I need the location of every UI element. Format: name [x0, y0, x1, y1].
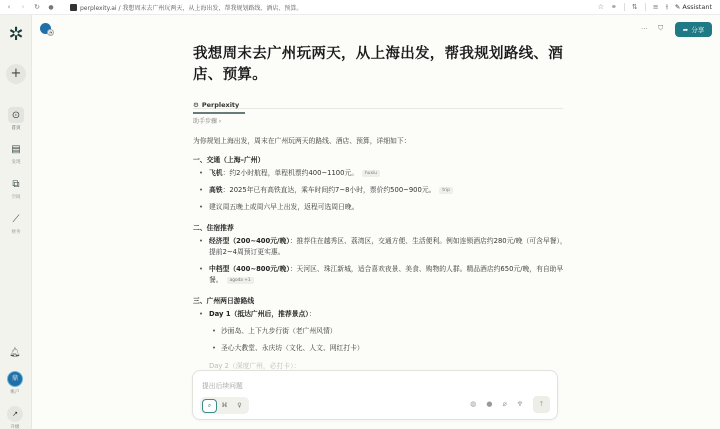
source-badge[interactable]: huxiu	[362, 170, 380, 177]
sidebar-item-home[interactable]: ⊙ 首页	[2, 107, 30, 131]
list-item: 经济型（200~400元/晚）：推荐住在越秀区、荔湾区，交通方便、生活便利。例如…	[193, 236, 573, 258]
privacy-badge-icon: ◔	[47, 29, 54, 36]
star-icon[interactable]: ☆	[598, 3, 604, 11]
list-item: 沙面岛、上下九步行街（老广州风情）	[193, 326, 573, 337]
mode-selector: ⌕ ⌘ ♀	[200, 397, 249, 414]
model-icon[interactable]: ●	[486, 400, 492, 408]
follow-up-composer[interactable]: 提出后续问题 ⌕ ⌘ ♀ ◍ ● ⌀ ♆ ↑	[192, 370, 558, 420]
bookmark-icon[interactable]: ⛉	[658, 24, 663, 33]
page-title: 我想周末去广州玩两天，从上海出发，帮我规划路线、酒店、预算。	[193, 44, 573, 86]
section-heading: 三、广州两日游路线	[193, 295, 573, 305]
account-label: 帐户	[0, 389, 30, 395]
perplexity-tab-icon: ⚙	[193, 101, 199, 109]
list-item: 飞机：约2小时航程，单程机票约400~1100元。huxiu	[193, 168, 573, 179]
thread-content: 我想周末去广州玩两天，从上海出发，帮我规划路线、酒店、预算。 ⚙ Perplex…	[193, 44, 573, 370]
sidebar: ✲ + ⊙ 首页 ▤ 发现 ⧉ 空间 ⟋ 财务 🔔︎ 鼎 帐户 ↗ 升级	[0, 15, 32, 429]
tab-label: Perplexity	[202, 101, 239, 109]
perplexity-logo-icon[interactable]: ✲	[6, 25, 26, 45]
sidebar-item-discover[interactable]: ▤ 发现	[2, 141, 30, 165]
hotel-list: 经济型（200~400元/晚）：推荐住在越秀区、荔湾区，交通方便、生活便利。例如…	[193, 236, 573, 286]
site-favicon-icon	[70, 4, 77, 11]
tab-perplexity[interactable]: ⚙ Perplexity	[193, 98, 245, 114]
extension-icon[interactable]: ⚭	[611, 3, 617, 11]
list-item: Day 1（抵达广州后，推荐景点）：	[193, 309, 573, 320]
back-icon[interactable]: ‹	[4, 3, 14, 11]
list-item: 中档型（400~800元/晚）：天河区、珠江新城，适合喜欢夜景、美食、购物的人群…	[193, 264, 573, 286]
send-button[interactable]: ↑	[533, 396, 550, 413]
share-label: 分享	[691, 25, 704, 34]
day1-sublist: 沙面岛、上下九步行街（老广州风情） 圣心大教堂、永庆坊（文化、人文、网红打卡）	[193, 326, 573, 354]
sidebar-item-label: 财务	[2, 229, 30, 235]
address-bar[interactable]: perplexity.ai / 我想周末去广州玩两天，从上海出发，帮我规划路线、…	[80, 3, 302, 12]
composer-tools: ◍ ● ⌀ ♆	[470, 400, 523, 408]
split-icon[interactable]: ⫲	[666, 3, 668, 12]
source-badge[interactable]: trip	[439, 187, 452, 194]
translate-icon[interactable]: ⇅	[632, 3, 638, 11]
sidebar-item-spaces[interactable]: ⧉ 空间	[2, 176, 30, 200]
divider	[624, 3, 625, 11]
finance-icon: ⟋	[8, 211, 24, 227]
itinerary-list: Day 1（抵达广州后，推荐景点）：	[193, 309, 573, 320]
list-item: 圣心大教堂、永庆坊（文化、人文、网红打卡）	[193, 343, 573, 354]
assistant-button[interactable]: ✎ Assistant	[675, 3, 712, 11]
research-mode-icon[interactable]: ⌘	[217, 399, 232, 413]
forward-icon[interactable]: ›	[18, 3, 28, 11]
sidebar-item-label: 空间	[2, 194, 30, 200]
answer-intro: 为你规划上海出发，周末在广州玩两天的路线、酒店、预算，详细如下：	[193, 135, 573, 145]
more-options-icon[interactable]: ···	[641, 25, 648, 33]
mic-icon[interactable]: ♆	[517, 400, 523, 408]
new-thread-button[interactable]: +	[6, 64, 26, 84]
discover-icon: ▤	[8, 141, 24, 157]
upgrade-label: 升级	[0, 424, 30, 429]
spaces-icon: ⧉	[8, 176, 24, 192]
upgrade-button[interactable]: ↗	[7, 406, 23, 422]
home-icon: ⊙	[8, 107, 24, 123]
source-badge[interactable]: agoda +1	[227, 277, 254, 284]
day2-heading: Day 2（深度广州，必打卡）：	[193, 360, 573, 370]
attach-icon[interactable]: ⌀	[503, 400, 507, 408]
sidebar-item-label: 首页	[2, 125, 30, 131]
sidebar-item-label: 发现	[2, 159, 30, 165]
share-button[interactable]: ➦ 分享	[675, 22, 712, 37]
reader-icon[interactable]: ≡	[653, 3, 659, 11]
assistant-steps-toggle[interactable]: 助手步骤 ›	[193, 116, 573, 125]
search-mode-icon[interactable]: ⌕	[202, 399, 217, 413]
share-icon: ➦	[683, 26, 688, 34]
labs-mode-icon[interactable]: ♀	[232, 399, 247, 413]
sidebar-item-finance[interactable]: ⟋ 财务	[2, 211, 30, 235]
section-heading: 二、住宿推荐	[193, 222, 573, 232]
assistant-label: Assistant	[682, 3, 712, 11]
follow-up-input[interactable]: 提出后续问题	[202, 380, 243, 390]
globe-icon[interactable]: ◍	[470, 400, 476, 408]
assistant-icon: ✎	[675, 3, 680, 11]
answer-tabs: ⚙ Perplexity	[193, 92, 563, 109]
divider	[645, 3, 646, 11]
reload-icon[interactable]: ↻	[32, 3, 42, 11]
transport-list: 飞机：约2小时航程，单程机票约400~1100元。huxiu 高铁：2025年已…	[193, 168, 573, 213]
list-item: 高铁：2025年已有高铁直达，乘车时间约7~8小时，票价约500~900元。tr…	[193, 185, 573, 196]
avatar[interactable]: 鼎	[7, 371, 23, 387]
browser-toolbar: ‹ › ↻ ● perplexity.ai / 我想周末去广州玩两天，从上海出发…	[0, 0, 720, 15]
notification-bell-icon[interactable]: 🔔︎	[9, 348, 20, 358]
mic-icon[interactable]: ●	[46, 4, 56, 11]
list-item: 建议周五晚上或周六早上出发，返程可选周日晚。	[193, 202, 573, 213]
section-heading: 一、交通（上海–广州）	[193, 154, 573, 164]
